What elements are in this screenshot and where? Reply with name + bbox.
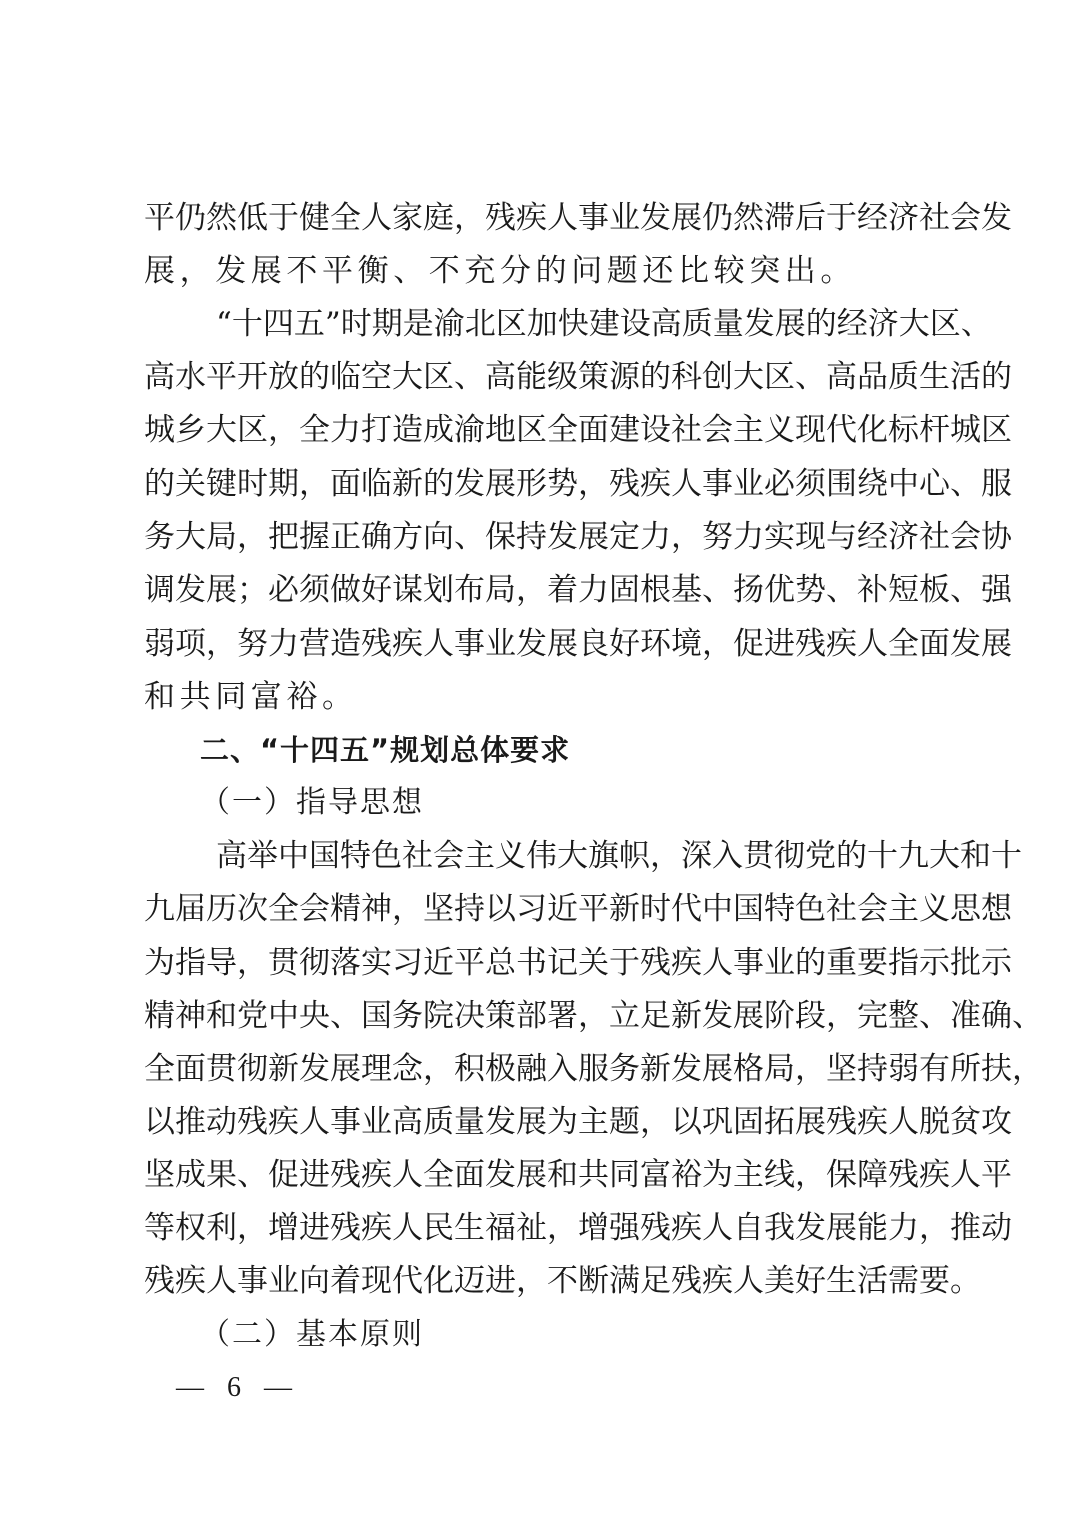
subsection-heading-basic-principles: （二）基本原则	[200, 1308, 928, 1362]
paragraph-line: 调发展；必须做好谋划布局，着力固根基、扬优势、补短板、强	[144, 563, 944, 617]
paragraph-line: 为指导，贯彻落实习近平总书记关于残疾人事业的重要指示批示	[144, 936, 944, 990]
paragraph-line: 和共同富裕。	[144, 670, 944, 724]
paragraph-line: “十四五”时期是渝北区加快建设高质量发展的经济大区、	[216, 297, 944, 351]
page-number: — 6 —	[176, 1372, 300, 1404]
paragraph-line: 平仍然低于健全人家庭，残疾人事业发展仍然滞后于经济社会发	[144, 191, 944, 245]
paragraph-line: 坚成果、促进残疾人全面发展和共同富裕为主线，保障残疾人平	[144, 1148, 944, 1202]
paragraph-line: 全面贯彻新发展理念，积极融入服务新发展格局，坚持弱有所扶，	[144, 1042, 944, 1096]
paragraph-line: 以推动残疾人事业高质量发展为主题，以巩固拓展残疾人脱贫攻	[144, 1095, 944, 1149]
section-heading: 二、“十四五”规划总体要求	[200, 723, 928, 777]
paragraph-line: 务大局，把握正确方向、保持发展定力，努力实现与经济社会协	[144, 510, 944, 564]
paragraph-line: 展，发展不平衡、不充分的问题还比较突出。	[144, 244, 944, 298]
paragraph-line: 弱项，努力营造残疾人事业发展良好环境，促进残疾人全面发展	[144, 617, 944, 671]
paragraph-line: 精神和党中央、国务院决策部署，立足新发展阶段，完整、准确、	[144, 989, 944, 1043]
paragraph-line: 残疾人事业向着现代化迈进，不断满足残疾人美好生活需要。	[144, 1254, 944, 1308]
paragraph-line: 九届历次全会精神，坚持以习近平新时代中国特色社会主义思想	[144, 882, 944, 936]
paragraph-line: 城乡大区，全力打造成渝地区全面建设社会主义现代化标杆城区	[144, 403, 944, 457]
paragraph-line: 高水平开放的临空大区、高能级策源的科创大区、高品质生活的	[144, 350, 944, 404]
paragraph-line: 等权利，增进残疾人民生福祉，增强残疾人自我发展能力，推动	[144, 1201, 944, 1255]
paragraph-line: 高举中国特色社会主义伟大旗帜，深入贯彻党的十九大和十	[216, 829, 944, 883]
subsection-heading-guiding-thought: （一）指导思想	[200, 776, 928, 830]
document-page: 平仍然低于健全人家庭，残疾人事业发展仍然滞后于经济社会发 展，发展不平衡、不充分…	[0, 0, 1074, 1520]
paragraph-line: 的关键时期，面临新的发展形势，残疾人事业必须围绕中心、服	[144, 457, 944, 511]
